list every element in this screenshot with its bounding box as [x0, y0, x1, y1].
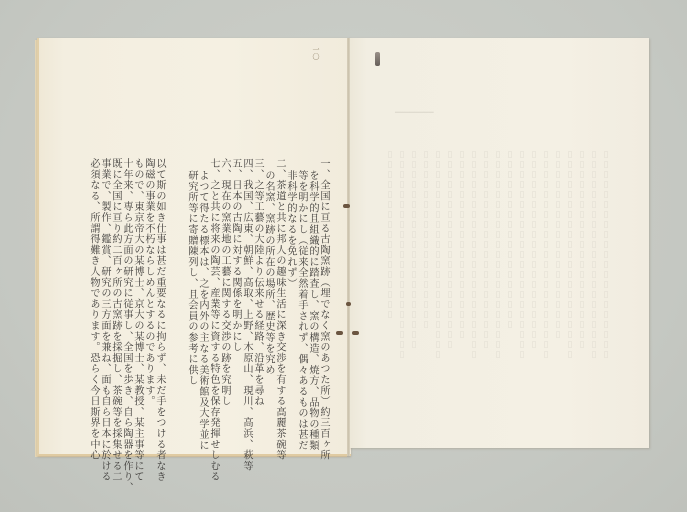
text-column: 非科学的なるを免れず） — [285, 170, 296, 289]
page-smudge — [375, 52, 380, 66]
text-column: 四、我国、広東、朝鮮、高取、上野、木原山、現川、高浜、萩等 — [241, 158, 252, 471]
text-column: 等を明かにし（従来全然着手されず、偶々あるものは甚だ — [296, 170, 307, 451]
staple-middle — [346, 302, 351, 306]
text-column: 既に全国に亘り約二百ヶ所の古窯跡を採掘し、茶碗等を採集せる二 — [110, 158, 121, 482]
text-column: 七、之と共に将来の陶芸、産業等に資する特色を保存発揮せしむる — [208, 158, 219, 482]
text-column: 五、日本の古陶に対する関係を明かにし — [230, 158, 241, 352]
staple-bottom-right — [352, 331, 359, 335]
text-column: 以て斯の如き仕事は甚だ重要なるに拘らず、未だ手をつける者なき — [154, 158, 165, 482]
text-column: 一、全国に亘る古陶窯跡（埋でなく窯のあつた所）約三百ヶ所 — [318, 158, 329, 460]
text-column: の名窯、窯跡の所在の場所、歴史等を究め — [263, 170, 274, 375]
bleed-through-heading: ━━━━━━━━ — [395, 108, 434, 117]
staple-top — [343, 204, 350, 208]
text-column: よつて得たる標本は、之を内外の主なる美術館及大学並に — [197, 170, 208, 451]
bleed-through-text: ▯▯▯▯▯▯▯▯▯▯▯▯▯▯▯▯▯▯▯▯▯ ▯▯▯▯▯▯▯▯▯▯▯▯▯▯▯▯▯▯… — [375, 150, 615, 390]
text-column: 三、之等工藝の大陸より伝来せる経路、沿革を尋ね — [252, 158, 263, 406]
text-column: 十年来、専ら此方面の研究に従事し、全国を歩き、自ら陶器を作り、 — [121, 158, 132, 493]
staple-bottom-left — [336, 331, 343, 335]
text-column: 研究所等に寄贈陳列し、且会員の参考に供し — [186, 170, 197, 386]
text-column: 陶磁の事業を不朽ならしめんとするのであります。 — [143, 158, 154, 406]
text-column: もので、東京帝大の某博士、京大の某博士、某教授、某主事等にて — [132, 158, 143, 482]
page-number: 一〇 — [311, 46, 321, 60]
text-column: 必須なる、所謂得難き人物であります。恐らく今日斯界を中心 — [88, 158, 99, 460]
text-column: 二、茶道と共に邦人の趣味生活に深き交渉を有する高麗茶碗等 — [274, 158, 285, 460]
left-page-text: 一、全国に亘る古陶窯跡（埋でなく窯のあつた所）約三百ヶ所 を科学的且組織的に踏査… — [88, 158, 328, 418]
text-column: 六、現在の窯業地の工藝に関する交渉の跡を究明し — [219, 158, 230, 406]
binding-spine — [347, 38, 350, 456]
text-column: を科学的且組織的に踏査し、窯の構造、焼方、品物の種類 — [307, 170, 318, 451]
text-column: 事業で、製作、鑑賞、研究の三方面を兼ね、面も自ら日本に於ける — [99, 158, 110, 482]
